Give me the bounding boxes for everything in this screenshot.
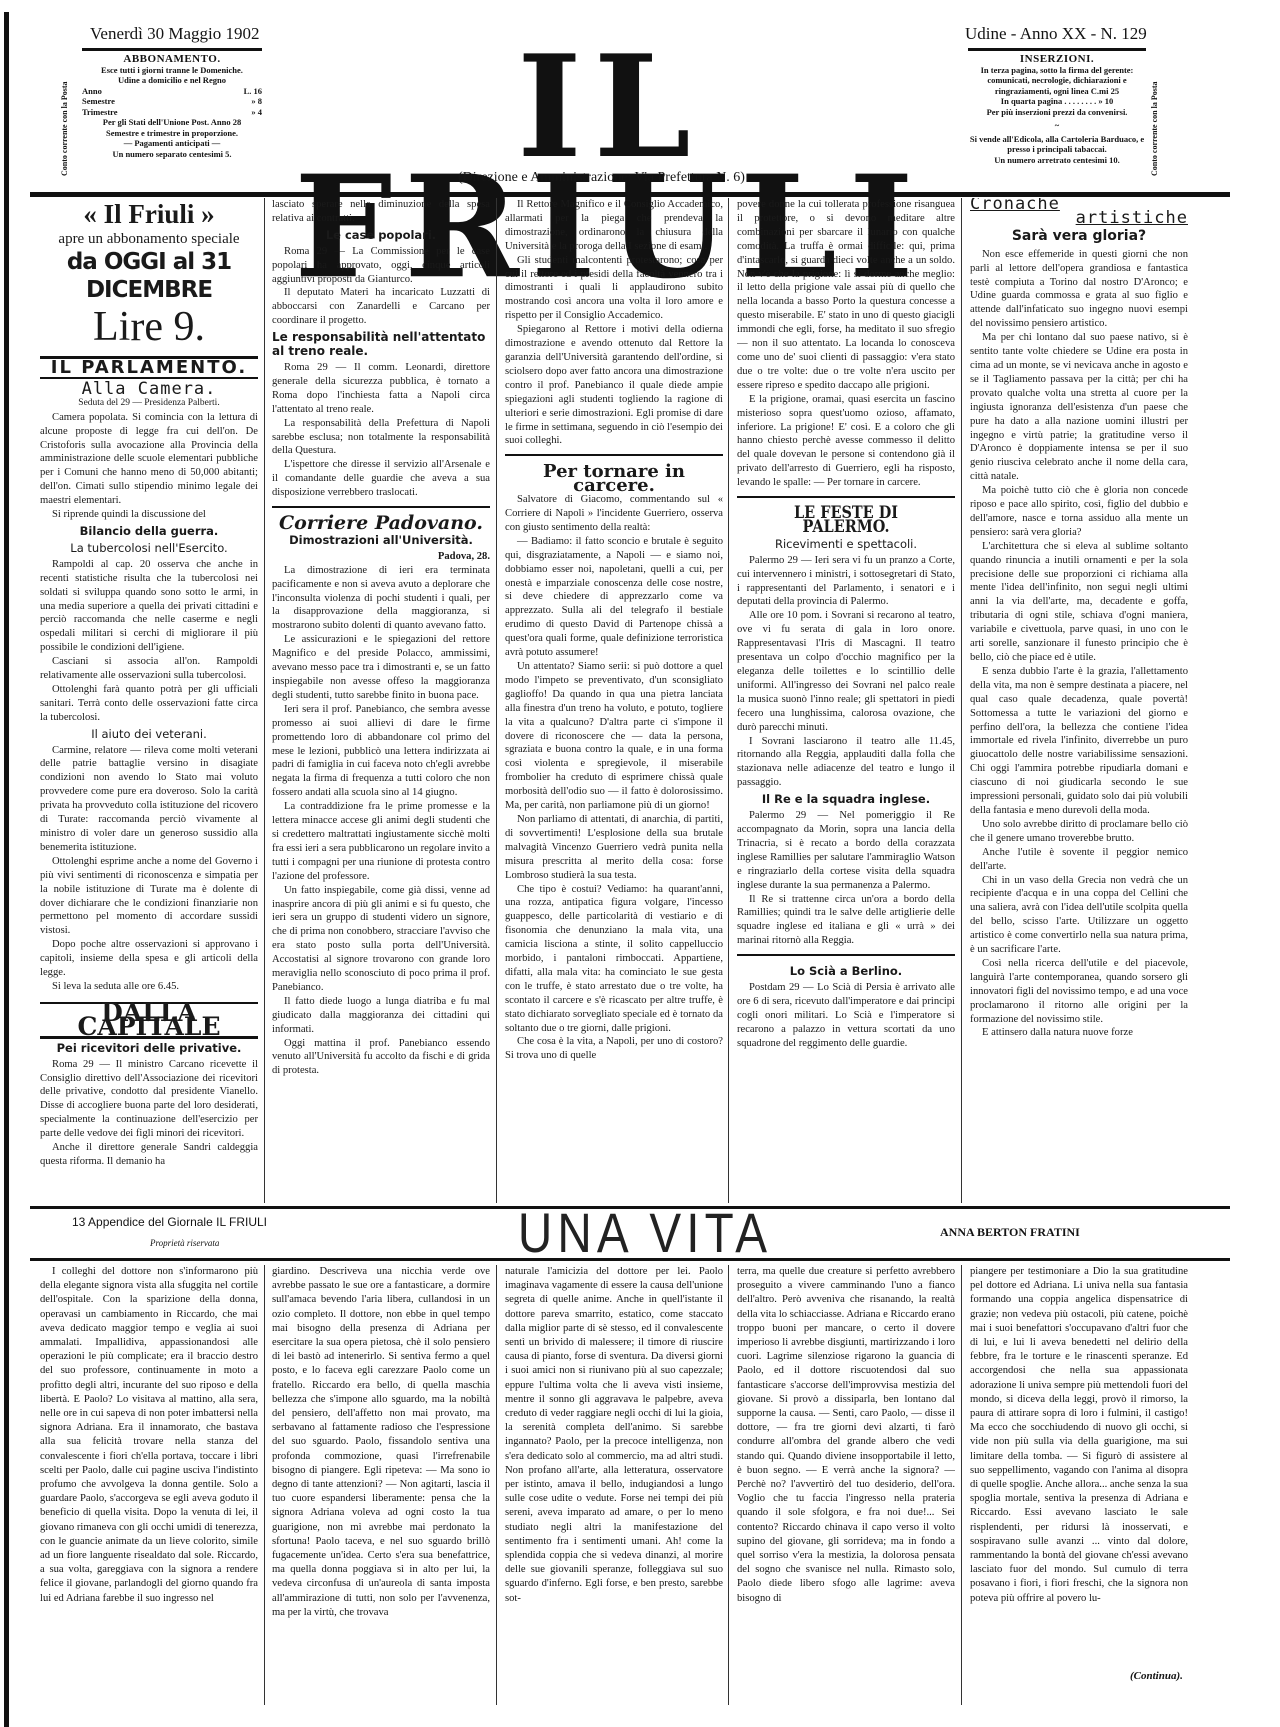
article-heading: Le responsabilità nell'attentato al tren… xyxy=(272,331,490,359)
column-divider xyxy=(728,1265,729,1705)
appendix-column-3: naturale l'amicizia del dottore per lei.… xyxy=(505,1265,723,1705)
article-heading: Lo Scià a Berlino. xyxy=(737,965,955,979)
insertions-heading: INSERZIONI. xyxy=(968,54,1146,65)
price-row: Semestre» 8 xyxy=(82,96,262,107)
column-divider xyxy=(728,198,729,1203)
continued-note: (Continua). xyxy=(1130,1670,1183,1682)
paragraph: lasciato sperare nella diminuzione della… xyxy=(272,198,490,226)
paragraph: Salvatore di Giacomo, commentando sul « … xyxy=(505,493,723,535)
paragraph: Un attentato? Siamo serii: si può dottor… xyxy=(505,660,723,813)
issue-number: Udine - Anno XX - N. 129 xyxy=(965,24,1147,44)
paragraph: Carmine, relatore — rileva come molti ve… xyxy=(40,744,258,855)
paragraph: Dopo poche altre osservazioni si approva… xyxy=(40,938,258,980)
paragraph: Il Rettore Magnifico e il Consiglio Acca… xyxy=(505,198,723,254)
promo-dates: da OGGI al 31 DICEMBRE xyxy=(40,248,258,304)
paragraph: E senza dubbio l'arte è la grazia, l'all… xyxy=(970,665,1188,818)
appendix-column-4: terra, ma quelle due creature si perfett… xyxy=(737,1265,955,1705)
paragraph: Ma poichè tutto ciò che è gloria non con… xyxy=(970,484,1188,540)
paragraph: Ottolenghi esprime anche a nome del Gove… xyxy=(40,855,258,938)
price-row: Trimestre» 4 xyxy=(82,107,262,118)
article-heading: Pei ricevitori delle privative. xyxy=(40,1042,258,1056)
paragraph: Si riprende quindi la discussione del xyxy=(40,508,258,522)
paragraph: Anche l'utile è sovente il peggior nemic… xyxy=(970,846,1188,874)
subscription-box: ABBONAMENTO. Esce tutti i giorni tranne … xyxy=(82,46,262,159)
article-heading: Le case popolari. xyxy=(272,229,490,243)
paragraph: L'architettura che si eleva al sublime s… xyxy=(970,540,1188,665)
subsection-heading: Alla Camera. xyxy=(40,383,258,397)
postal-note: Conto corrente con la Posta xyxy=(60,56,69,176)
paragraph: Oggi mattina il prof. Panebianco essendo… xyxy=(272,1037,490,1079)
appendix-label: 13 Appendice del Giornale IL FRIULI xyxy=(72,1215,267,1229)
article-heading: Sarà vera gloria? xyxy=(970,230,1188,244)
paragraph: Roma 29 — Il comm. Leonardi, direttore g… xyxy=(272,361,490,417)
ornamental-rule xyxy=(737,954,955,962)
paragraph: — Badiamo: il fatto sconcio e brutale è … xyxy=(505,535,723,660)
dateline: Padova, 28. xyxy=(272,550,490,564)
column-divider xyxy=(496,1265,497,1705)
serial-author: ANNA BERTON FRATINI xyxy=(940,1225,1080,1240)
insertions-line: Per più inserzioni prezzi da convenirsi. xyxy=(968,107,1146,118)
subscription-line: Per gli Stati dell'Unione Post. Anno 28 xyxy=(82,117,262,128)
paragraph: E attinsero dalla natura nuove forze xyxy=(970,1026,1188,1040)
column-divider xyxy=(961,1265,962,1705)
article-subheading: Ricevimenti e spettacoli. xyxy=(737,538,955,552)
paragraph: Palermo 29 — Ieri sera vi fu un pranzo a… xyxy=(737,554,955,610)
article-subheading: Il aiuto dei veterani. xyxy=(40,728,258,742)
promo-title: « Il Friuli » xyxy=(40,198,258,230)
appendix-rule xyxy=(30,1258,1230,1261)
address-line: (Direzione e Amministrazione: Via Prefet… xyxy=(458,170,745,186)
appendix-rights: Proprietà riservata xyxy=(150,1238,219,1248)
paragraph: E la prigione, oramai, quasi esercita un… xyxy=(737,393,955,490)
paragraph: Chi in un vaso della Grecia non vedrà ch… xyxy=(970,874,1188,957)
paragraph: Un fatto inspiegabile, come già dissi, v… xyxy=(272,884,490,995)
paragraph: I Sovrani lasciarono il teatro alle 11.4… xyxy=(737,735,955,791)
page-binding-edge xyxy=(4,12,9,1727)
section-heading: LE FESTE DI PALERMO. xyxy=(753,507,938,535)
subscription-heading: ABBONAMENTO. xyxy=(82,54,262,65)
insertions-line: Un numero arretrato centesimi 10. xyxy=(968,155,1146,166)
subscription-line: — Pagamenti anticipati — xyxy=(82,138,262,149)
subscription-line: Un numero separato centesimi 5. xyxy=(82,149,262,160)
column-divider xyxy=(264,198,265,1203)
paragraph: Il Re si trattenne circa un'ora a bordo … xyxy=(737,893,955,949)
paragraph: La responsabilità della Prefettura di Na… xyxy=(272,417,490,459)
section-heading: IL PARLAMENTO. xyxy=(40,356,258,379)
section-heading: DALLA CAPITALE xyxy=(40,1002,258,1039)
promo-price: Lire 9. xyxy=(40,304,258,350)
promo-line: apre un abbonamento speciale xyxy=(40,230,258,248)
paragraph: povere donne la cui tollerata profession… xyxy=(737,198,955,393)
article-heading: Dimostrazioni all'Università. xyxy=(272,534,490,548)
ornamental-rule xyxy=(505,454,723,462)
article-heading: Per tornare in carcere. xyxy=(505,465,723,493)
subscription-line: Udine a domicilio e nel Regno xyxy=(82,75,262,86)
paragraph: Che cosa è la vita, a Napoli, per uno di… xyxy=(505,1035,723,1063)
insertions-line: In quarta pagina . . . . . . . . » 10 xyxy=(968,96,1146,107)
column-3: Il Rettore Magnifico e il Consiglio Acca… xyxy=(505,198,723,1203)
insertions-line: In terza pagina, sotto la firma del gere… xyxy=(968,65,1146,97)
paragraph: Anche il direttore generale Sandri calde… xyxy=(40,1141,258,1169)
paragraph: Ottolenghi farà quanto potrà per gli uff… xyxy=(40,683,258,725)
appendix-column-5: piangere per testimoniare a Dio la sua g… xyxy=(970,1265,1188,1663)
paragraph: La contraddizione fra le prime promesse … xyxy=(272,800,490,883)
paragraph: Il deputato Materi ha incaricato Luzzatt… xyxy=(272,286,490,328)
paragraph: Gli studenti malcontenti protestarono; c… xyxy=(505,254,723,324)
appendix-column-2: giardino. Descriveva una nicchia verde o… xyxy=(272,1265,490,1705)
paragraph: Roma 29 — La Commissione per le case pop… xyxy=(272,245,490,287)
section-heading: Corriere Padovano. xyxy=(272,517,490,531)
column-divider xyxy=(264,1265,265,1705)
paragraph: giardino. Descriveva una nicchia verde o… xyxy=(272,1265,490,1620)
paragraph: terra, ma quelle due creature si perfett… xyxy=(737,1265,955,1606)
paragraph: Alle ore 10 pom. i Sovrani si recarono a… xyxy=(737,609,955,734)
paragraph: Casciani si associa all'on. Rampoldi rel… xyxy=(40,655,258,683)
paragraph: Le assicurazioni e le spiegazioni del re… xyxy=(272,633,490,703)
masthead-rule xyxy=(30,192,1230,197)
paragraph: Roma 29 — Il ministro Carcano ricevette … xyxy=(40,1058,258,1141)
paragraph: Uno solo avrebbe diritto di proclamare b… xyxy=(970,818,1188,846)
paragraph: Palermo 29 — Nel pomeriggio il Re accomp… xyxy=(737,809,955,892)
subscription-line: Semestre e trimestre in proporzione. xyxy=(82,128,262,139)
paragraph: naturale l'amicizia del dottore per lei.… xyxy=(505,1265,723,1606)
paragraph: L'ispettore che diresse il servizio all'… xyxy=(272,458,490,500)
paragraph: Si leva la seduta alle ore 6.45. xyxy=(40,980,258,994)
paragraph: piangere per testimoniare a Dio la sua g… xyxy=(970,1265,1188,1606)
ornamental-rule xyxy=(272,506,490,514)
article-heading: Il Re e la squadra inglese. xyxy=(737,793,955,807)
postal-note: Conto corrente con la Posta xyxy=(1150,56,1159,176)
paragraph: Spiegarono al Rettore i motivi della odi… xyxy=(505,323,723,448)
article-subheading: La tubercolosi nell'Esercito. xyxy=(40,542,258,556)
insertions-line: Si vende all'Edicola, alla Cartoleria Ba… xyxy=(968,134,1146,155)
paragraph: Che tipo è costui? Vediamo: ha quarant'a… xyxy=(505,883,723,1036)
paragraph: Ieri sera il prof. Panebianco, che sembr… xyxy=(272,703,490,800)
paragraph: I colleghi del dottore non s'informarono… xyxy=(40,1265,258,1606)
column-4: povere donne la cui tollerata profession… xyxy=(737,198,955,1203)
paragraph: Non parliamo di attentati, di anarchia, … xyxy=(505,813,723,883)
paragraph: Postdam 29 — Lo Scià di Persia è arrivat… xyxy=(737,981,955,1051)
column-divider xyxy=(496,198,497,1203)
column-2: lasciato sperare nella diminuzione della… xyxy=(272,198,490,1203)
subscription-line: Esce tutti i giorni tranne le Domeniche. xyxy=(82,65,262,76)
paragraph: Rampoldi al cap. 20 osserva che anche in… xyxy=(40,558,258,655)
serial-title: UNA VITA xyxy=(488,1204,803,1262)
column-divider xyxy=(961,198,962,1203)
session-line: Seduta del 29 — Presidenza Palberti. xyxy=(40,397,258,411)
paragraph: Ma per chi lontano dal suo paese nativo,… xyxy=(970,331,1188,484)
paragraph: Camera popolata. Si comincia con la lett… xyxy=(40,411,258,508)
paragraph: Il fatto diede luogo a lunga diatriba e … xyxy=(272,995,490,1037)
paragraph: La dimostrazione di ieri era terminata p… xyxy=(272,564,490,634)
column-5: Cronache artistiche Sarà vera gloria? No… xyxy=(970,198,1188,1203)
paragraph: Così nella ricerca dell'utile e del piac… xyxy=(970,957,1188,1027)
appendix-column-1: I colleghi del dottore non s'informarono… xyxy=(40,1265,258,1705)
article-heading: Bilancio della guerra. xyxy=(40,525,258,539)
price-row: AnnoL. 16 xyxy=(82,86,262,97)
column-1: « Il Friuli » apre un abbonamento specia… xyxy=(40,198,258,1203)
insertions-box: INSERZIONI. In terza pagina, sotto la fi… xyxy=(968,46,1146,165)
paragraph: Non esce effemeride in questi giorni che… xyxy=(970,248,1188,331)
issue-date: Venerdì 30 Maggio 1902 xyxy=(90,24,260,44)
newspaper-title: IL FRIULI xyxy=(265,47,955,169)
